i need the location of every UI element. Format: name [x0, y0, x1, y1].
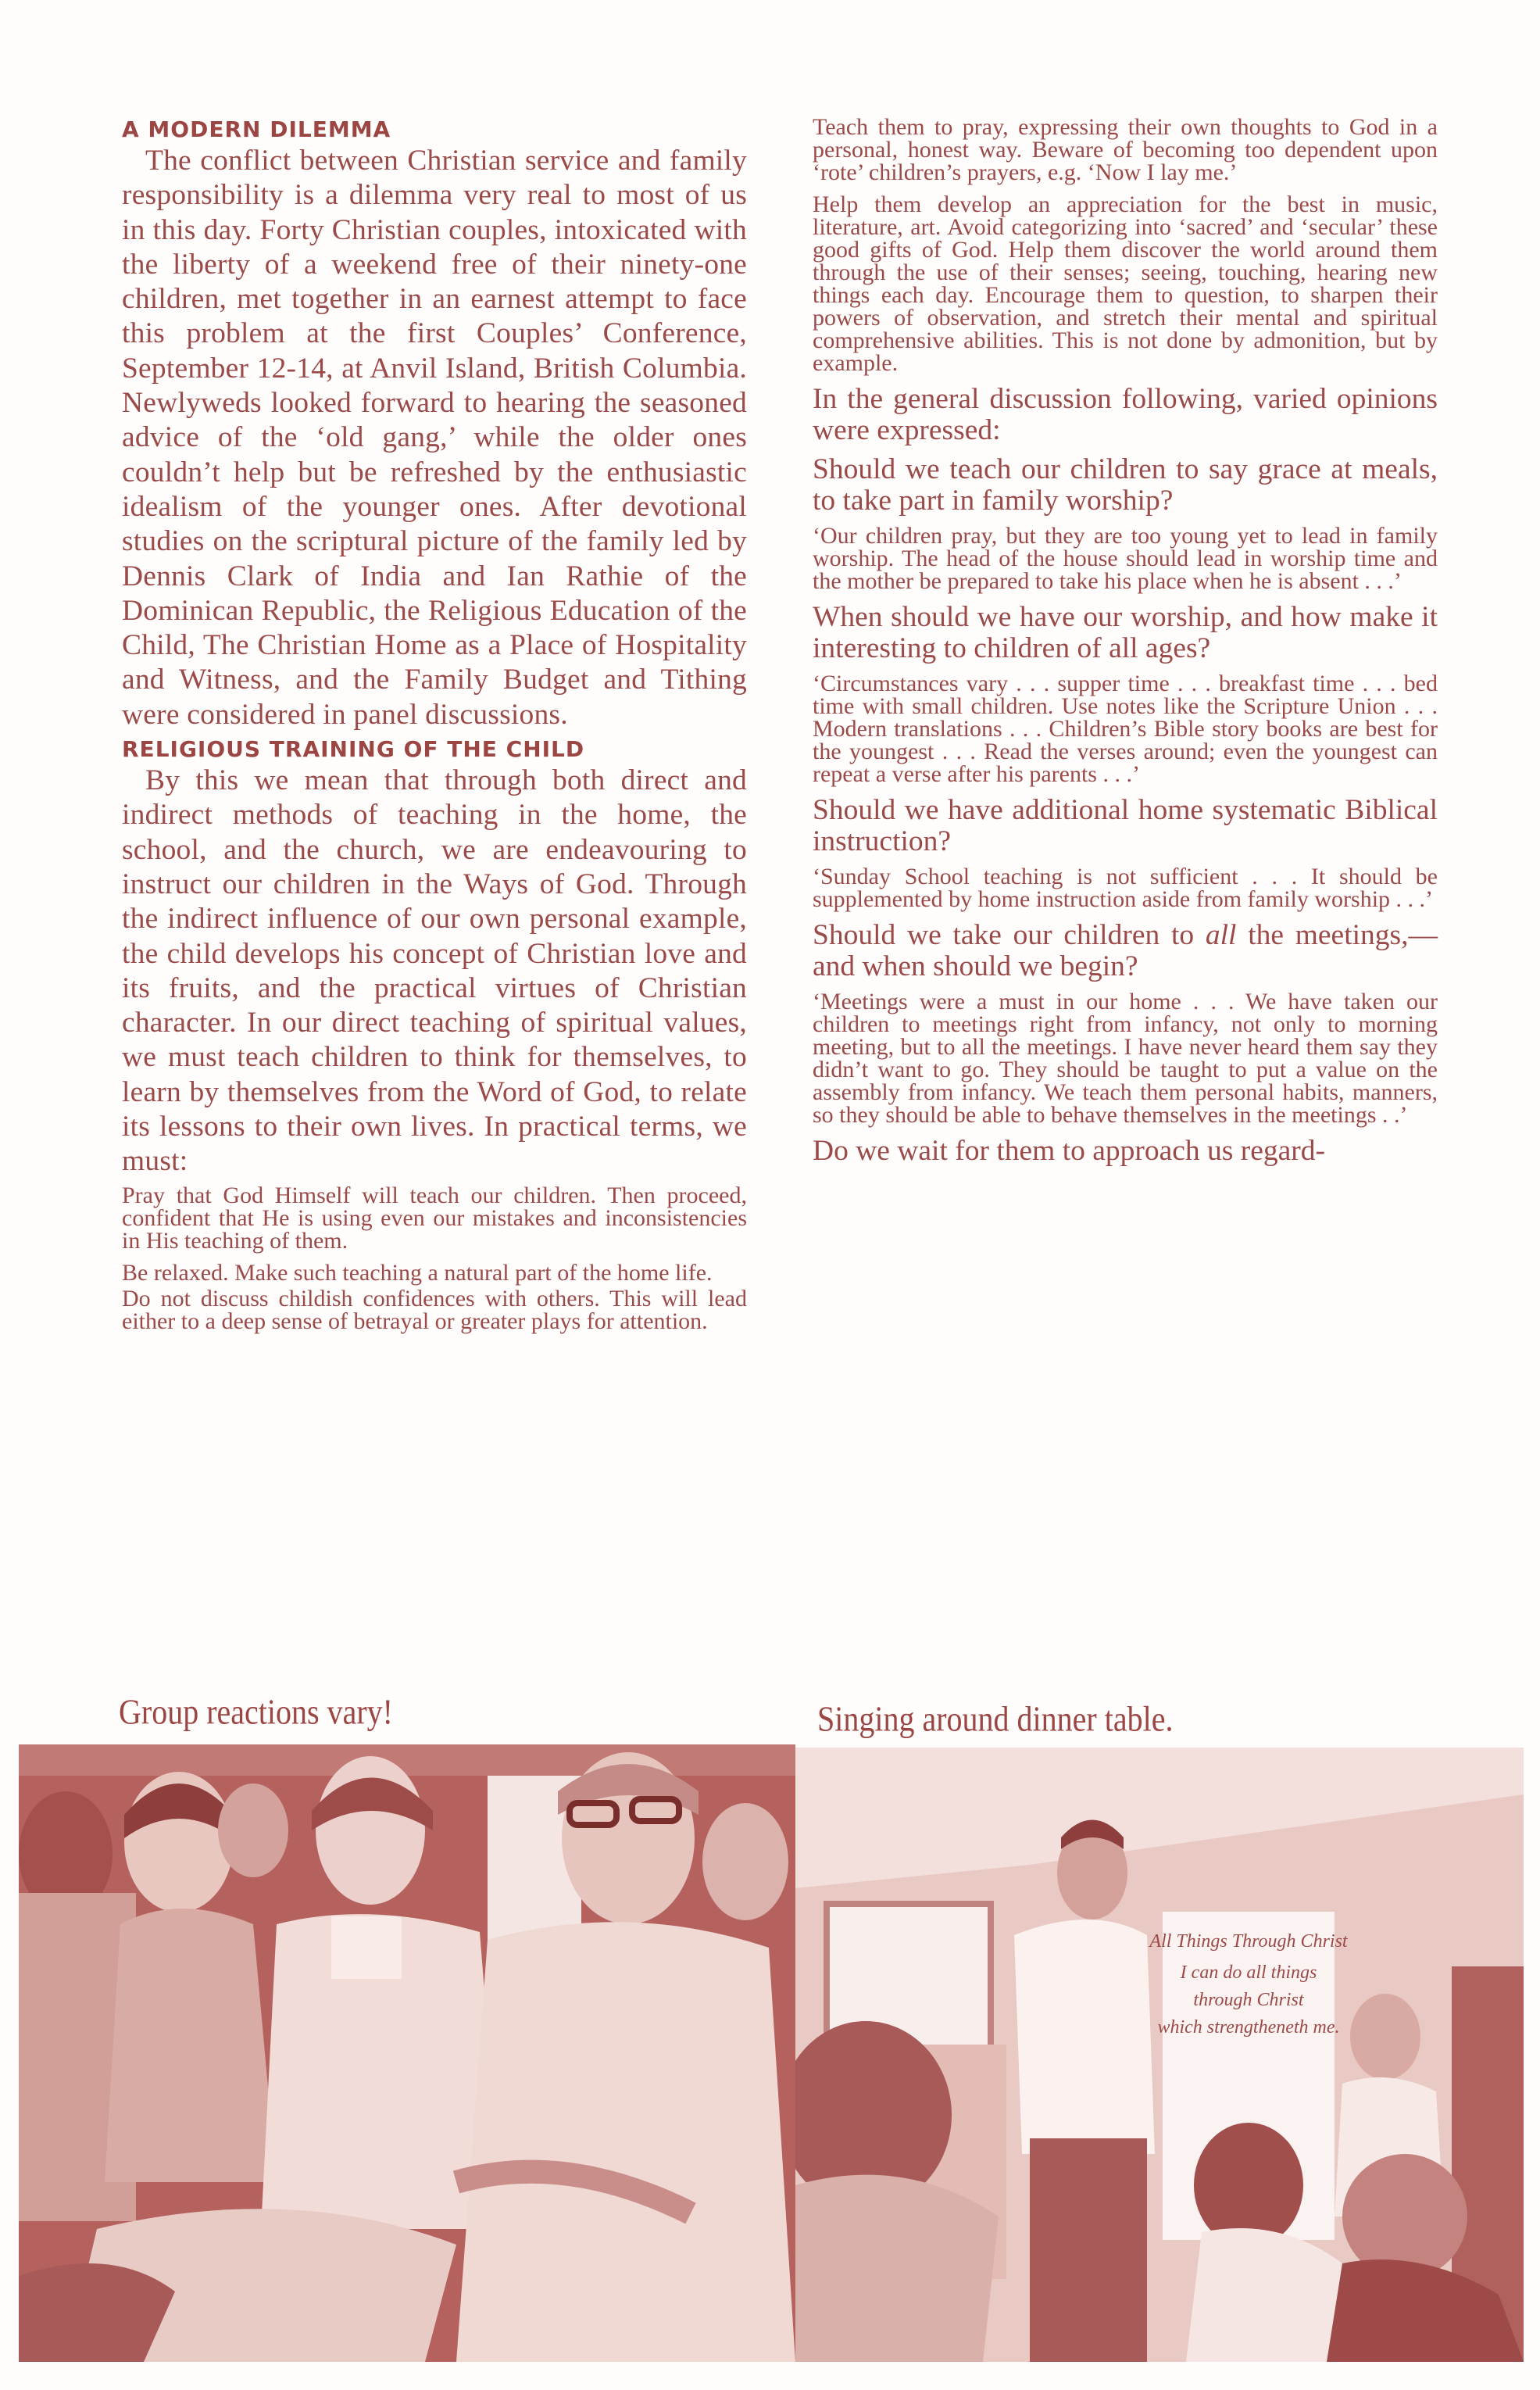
answer-biblical-instruction: ‘Sunday School teaching is not sufficien… [813, 865, 1438, 911]
photo-singing: All Things Through Christ I can do all t… [795, 1748, 1524, 2362]
answer-worship-time: ‘Circumstances vary . . . supper time . … [813, 672, 1438, 785]
question-meetings-emphasis: all [1206, 919, 1237, 951]
question-worship-time: When should we have our worship, and how… [813, 602, 1438, 664]
right-column: Teach them to pray, expressing their own… [813, 116, 1438, 1175]
question-grace: Should we teach our children to say grac… [813, 454, 1438, 517]
paragraph-religious-training: By this we mean that through both direct… [122, 764, 747, 1179]
caption-singing: Singing around dinner table. [817, 1698, 1173, 1740]
question-biblical-instruction: Should we have additional home systemati… [813, 795, 1438, 857]
caption-group-reactions: Group reactions vary! [119, 1691, 393, 1733]
photo-singing-image: All Things Through Christ I can do all t… [795, 1748, 1524, 2362]
heading-religious-training: RELIGIOUS TRAINING OF THE CHILD [122, 735, 747, 764]
photo-group-reactions [19, 1744, 795, 2362]
point-appreciation: Help them develop an appreciation for th… [813, 193, 1438, 374]
answer-meetings: ‘Meetings were a must in our home . . . … [813, 990, 1438, 1126]
point-teach-pray: Teach them to pray, expressing their own… [813, 116, 1438, 184]
trailing-question: Do we wait for them to approach us regar… [813, 1136, 1438, 1167]
heading-modern-dilemma: A MODERN DILEMMA [122, 116, 747, 144]
question-meetings-pre: Should we take our children to [813, 919, 1206, 951]
poster-line-1: I can do all things [1180, 1962, 1317, 1983]
left-column: A MODERN DILEMMA The conflict between Ch… [122, 116, 747, 1342]
poster-line-3: which strengtheneth me. [1157, 2017, 1339, 2038]
poster-title: All Things Through Christ [1148, 1931, 1349, 1952]
discussion-intro: In the general discussion following, var… [813, 384, 1438, 446]
answer-grace: ‘Our children pray, but they are too you… [813, 524, 1438, 592]
paragraph-modern-dilemma: The conflict between Christian service a… [122, 144, 747, 732]
point-confidences: Do not discuss childish confidences with… [122, 1287, 747, 1333]
point-pray: Pray that God Himself will teach our chi… [122, 1184, 747, 1252]
question-meetings: Should we take our children to all the m… [813, 920, 1438, 982]
poster-line-2: through Christ [1193, 1990, 1304, 2010]
photo-group-image [19, 1744, 795, 2362]
point-relaxed: Be relaxed. Make such teaching a natural… [122, 1261, 747, 1284]
